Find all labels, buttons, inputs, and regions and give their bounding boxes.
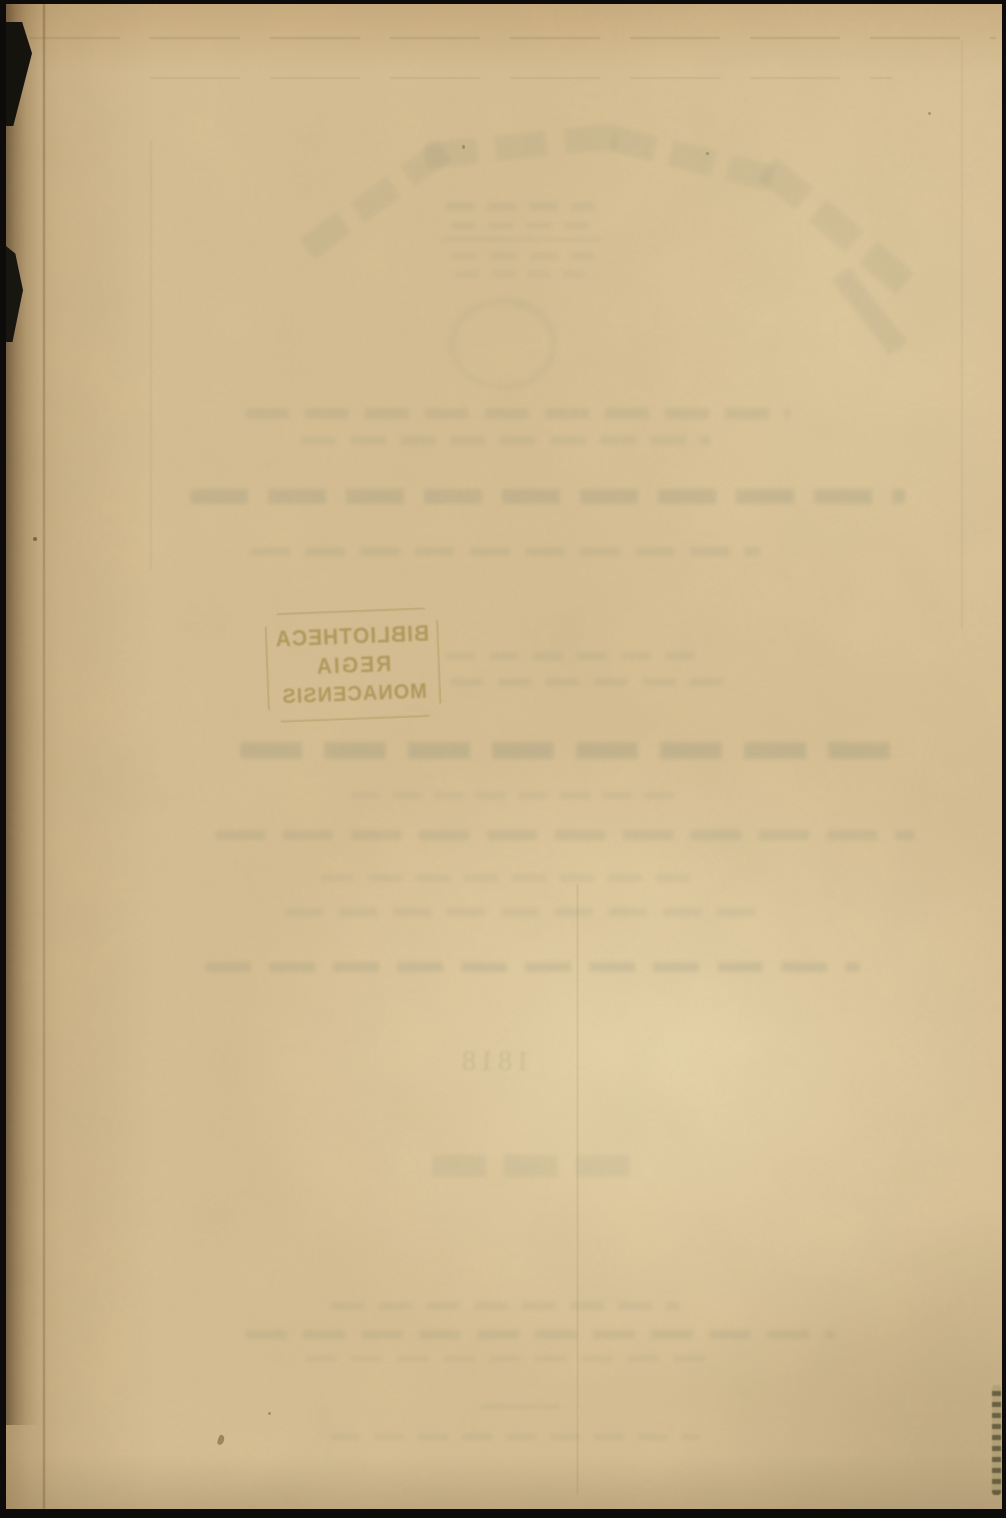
bleed-through-line	[330, 1434, 700, 1440]
bleed-frame-left-line	[150, 140, 152, 570]
bleed-through-arc-top	[424, 121, 636, 169]
bleed-through-line	[450, 252, 595, 260]
page-crease-line	[43, 4, 45, 1509]
ink-speck	[268, 1412, 271, 1415]
bleed-through-line	[445, 202, 595, 211]
ink-speck	[706, 152, 709, 155]
ink-speck	[462, 145, 465, 149]
bleed-through-line	[300, 436, 710, 445]
page-edge-mottling	[992, 1385, 1001, 1495]
bleed-through-line	[450, 222, 590, 229]
bleed-through-line	[250, 547, 760, 556]
gutter-shadow-end	[6, 1425, 40, 1509]
bleed-through-line	[245, 408, 790, 419]
stamp-line-3: MONACENSIS	[281, 679, 427, 709]
library-stamp-octagon: BIBLIOTHECA REGIA MONACENSIS	[264, 607, 442, 724]
library-stamp: BIBLIOTHECA REGIA MONACENSIS	[264, 607, 442, 724]
bleed-through-line	[215, 830, 915, 840]
bleed-through-line	[455, 270, 585, 278]
bleed-through-line	[320, 874, 700, 882]
stamp-line-2: REGIA	[314, 651, 391, 679]
page-crease-line	[577, 884, 578, 1494]
bleed-through-rule	[440, 238, 600, 241]
bleed-through-year: 1818	[458, 1046, 530, 1078]
bleed-through-short-mark	[480, 1404, 560, 1409]
ink-speck	[217, 1434, 226, 1445]
bleed-frame-right-line	[961, 40, 963, 630]
ink-speck	[928, 112, 931, 115]
paper-page: 1818 BIBLIOTHECA REGIA MONACENSIS	[6, 4, 1002, 1509]
bleed-through-line	[330, 1302, 680, 1310]
bleed-through-line	[190, 489, 905, 504]
bleed-through-volume-line	[432, 1155, 647, 1177]
bleed-through-line	[205, 962, 860, 972]
bleed-through-line	[285, 908, 765, 916]
bleed-through-line	[350, 792, 680, 799]
bleed-through-medallion	[449, 298, 557, 390]
bleed-through-arc-top2	[609, 126, 780, 192]
ink-speck	[33, 537, 37, 541]
bleed-through-line	[450, 678, 730, 686]
bleed-through-line	[305, 1355, 705, 1362]
scanned-book-page: 1818 BIBLIOTHECA REGIA MONACENSIS	[0, 0, 1006, 1518]
bleed-through-line	[245, 1330, 835, 1339]
bleed-frame-inner-top-line	[150, 77, 892, 79]
bleed-through-line	[240, 742, 905, 759]
bleed-through-line	[445, 652, 705, 660]
bleed-frame-top-line	[30, 37, 996, 39]
stamp-line-1: BIBLIOTHECA	[274, 621, 429, 652]
gutter-shadow	[6, 4, 40, 1425]
